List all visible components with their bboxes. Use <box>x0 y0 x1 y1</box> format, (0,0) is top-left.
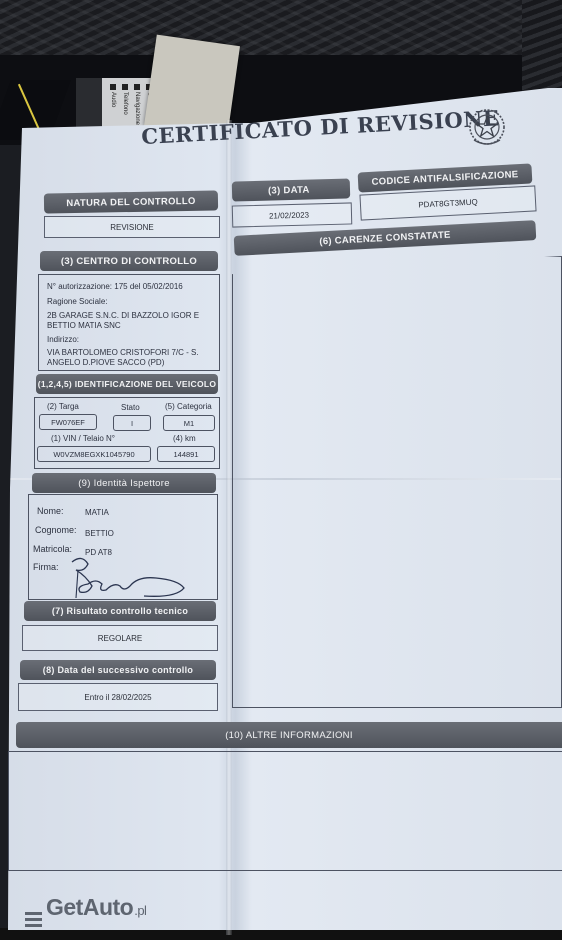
indirizzo-line1: VIA BARTOLOMEO CRISTOFORI 7/C - S. <box>47 348 199 357</box>
ragione-sociale-line1: 2B GARAGE S.N.C. DI BAZZOLO IGOR E <box>47 311 199 320</box>
natura-controllo-header: NATURA DEL CONTROLLO <box>44 190 218 213</box>
cognome-value: BETTIO <box>85 529 114 538</box>
vin-field: W0VZM8EGXK1045790 <box>37 446 151 462</box>
successivo-controllo-header: (8) Data del successivo controllo <box>20 660 216 680</box>
codice-antifalsificazione-label: CODICE ANTIFALSIFICAZIONE <box>371 169 518 188</box>
natura-controllo-value: REVISIONE <box>110 223 154 232</box>
data-label: (3) DATA <box>268 184 310 196</box>
matricola-label: Matricola: <box>33 544 72 554</box>
manual-dark-strip <box>76 78 102 134</box>
risultato-label: (7) Risultato controllo tecnico <box>52 606 188 616</box>
categoria-value: M1 <box>184 419 194 428</box>
manual-menu-item: Telefono <box>120 84 129 130</box>
successivo-controllo-value: Entro il 28/02/2025 <box>84 693 151 702</box>
targa-label: (2) Targa <box>47 402 79 411</box>
natura-controllo-label: NATURA DEL CONTROLLO <box>66 195 196 208</box>
nome-value: MATIA <box>85 508 109 517</box>
identita-ispettore-label: (9) Identità Ispettore <box>78 478 170 489</box>
autorizzazione-value: 175 del 05/02/2016 <box>114 282 183 291</box>
manual-menu-item: Navigazione <box>132 84 141 130</box>
centro-controllo-label: (3) CENTRO DI CONTROLLO <box>61 256 197 267</box>
risultato-header: (7) Risultato controllo tecnico <box>24 601 216 621</box>
km-value: 144891 <box>173 450 198 459</box>
carenze-frame <box>232 256 562 708</box>
codice-antifalsificazione-value: PDAT8GT3MUQ <box>418 197 478 209</box>
targa-value: FW076EF <box>51 418 85 427</box>
data-value: 21/02/2023 <box>269 210 309 220</box>
vin-label: (1) VIN / Telaio N° <box>51 434 115 443</box>
identita-ispettore-header: (9) Identità Ispettore <box>32 473 216 493</box>
altre-informazioni-label: (10) ALTRE INFORMAZIONI <box>225 730 353 741</box>
risultato-value: REGOLARE <box>98 634 142 643</box>
carenze-label: (6) CARENZE CONSTATATE <box>319 229 451 247</box>
watermark-tld: .pl <box>134 903 146 918</box>
ragione-sociale-line2: BETTIO MATIA SNC <box>47 321 121 330</box>
indirizzo-label: Indirizzo: <box>47 335 79 344</box>
identificazione-veicolo-label: (1,2,4,5) IDENTIFICAZIONE DEL VEICOLO <box>38 379 217 389</box>
km-label: (4) km <box>173 434 196 443</box>
data-field: 21/02/2023 <box>232 202 353 227</box>
nome-label: Nome: <box>37 506 64 516</box>
stato-label: Stato <box>121 403 140 412</box>
categoria-field: M1 <box>163 415 215 431</box>
ragione-sociale-label: Ragione Sociale: <box>47 297 107 306</box>
italian-republic-emblem-icon <box>466 106 508 150</box>
watermark-brand: GetAuto <box>46 894 133 921</box>
successivo-controllo-field: Entro il 28/02/2025 <box>18 683 218 711</box>
natura-controllo-field: REVISIONE <box>44 216 220 238</box>
successivo-controllo-label: (8) Data del successivo controllo <box>43 665 193 675</box>
indirizzo-line2: ANGELO D.PIOVE SACCO (PD) <box>47 358 164 367</box>
centro-controllo-header: (3) CENTRO DI CONTROLLO <box>40 251 218 271</box>
data-header: (3) DATA <box>232 178 350 201</box>
altre-informazioni-header: (10) ALTRE INFORMAZIONI <box>16 722 562 748</box>
identificazione-veicolo-header: (1,2,4,5) IDENTIFICAZIONE DEL VEICOLO <box>36 374 218 394</box>
getauto-watermark: GetAuto .pl <box>25 894 146 927</box>
centro-controllo-frame: N° autorizzazione: 175 del 05/02/2016 Ra… <box>38 274 220 371</box>
manual-menu-item: Audio <box>108 84 117 130</box>
autorizzazione-row: N° autorizzazione: 175 del 05/02/2016 <box>47 282 183 291</box>
targa-field: FW076EF <box>39 414 97 430</box>
stato-value: I <box>131 419 133 428</box>
stato-field: I <box>113 415 151 431</box>
vin-value: W0VZM8EGXK1045790 <box>53 450 134 459</box>
identificazione-veicolo-frame: (2) Targa Stato (5) Categoria FW076EF I … <box>34 397 220 469</box>
risultato-field: REGOLARE <box>22 625 218 651</box>
firma-label: Firma: <box>33 562 59 572</box>
cognome-label: Cognome: <box>35 525 77 535</box>
categoria-label: (5) Categoria <box>165 402 212 411</box>
autorizzazione-label: N° autorizzazione: <box>47 282 112 291</box>
km-field: 144891 <box>157 446 215 462</box>
altre-informazioni-frame <box>8 751 562 871</box>
inspector-signature <box>66 556 196 600</box>
menu-lines-icon <box>25 912 42 927</box>
